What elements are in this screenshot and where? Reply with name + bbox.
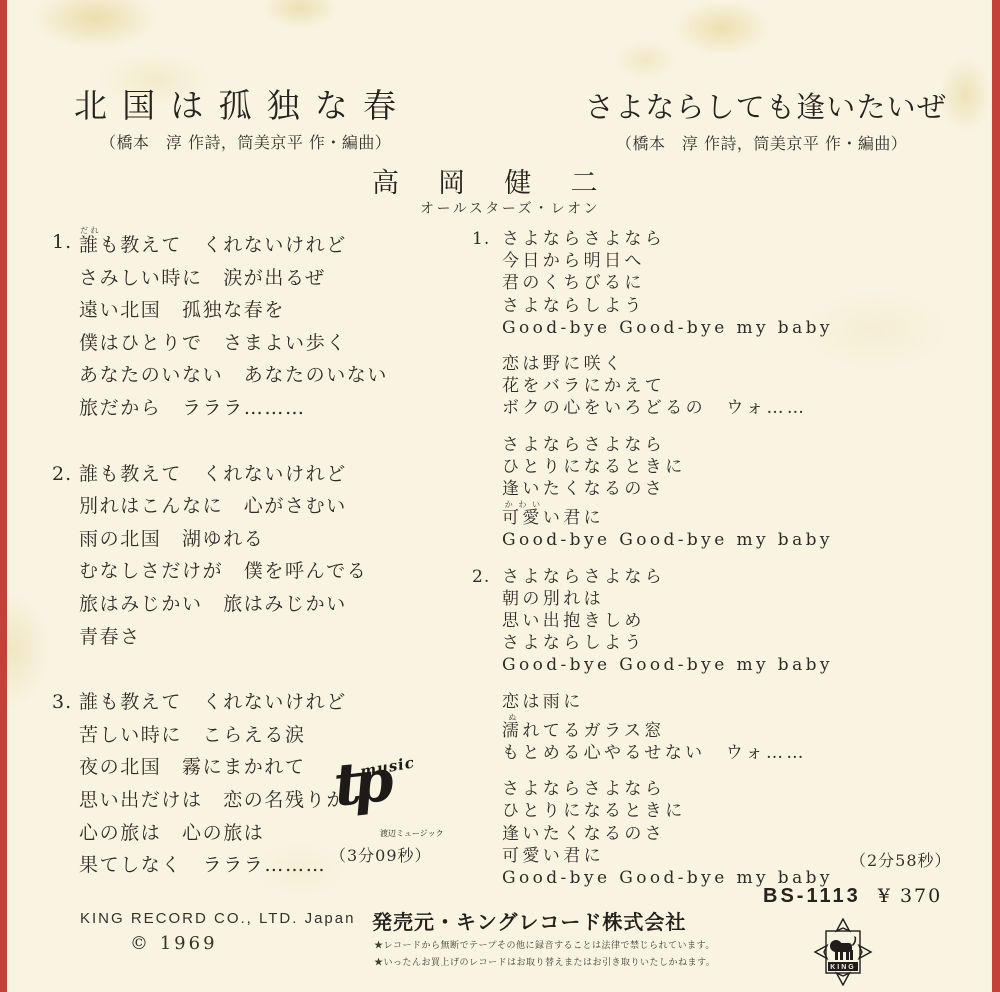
verse-number: 1. [472, 228, 490, 250]
lyrics-line: 3.誰も教えて くれないけれど [79, 686, 432, 719]
lyrics-line: 濡ぬれてるガラス窓 [502, 713, 952, 742]
lyrics-line: 花をバラにかえて [502, 375, 952, 397]
sleeve-right-red-edge [992, 0, 1000, 992]
lyrics-line: もとめる心やるせない ウォ…… [502, 742, 952, 764]
lyrics-line: 雨の北国 湖ゆれる [79, 523, 432, 556]
lyrics-line: 旅だから ラララ……… [79, 392, 432, 425]
legal-notice-1: ★レコードから無断でテープその他に録音することは法律で禁じられています。 [374, 938, 715, 951]
lyrics-line: 僕はひとりで さまよい歩く [79, 327, 432, 360]
lyrics-line: 君のくちびるに [502, 272, 952, 294]
price: ¥ 370 [878, 885, 942, 907]
lyrics-line: ボクの心をいろどるの ウォ…… [502, 397, 952, 419]
record-company-name-en: KING RECORD CO., LTD. Japan [80, 910, 355, 927]
lyrics-line: さよならしよう [502, 632, 952, 654]
lyrics-line: 思い出抱きしめ [502, 610, 952, 632]
song-credit-left: （橋本 淳 作詩，筒美京平 作・編曲） [100, 130, 391, 153]
lyrics-line: 1.さよならさよなら [502, 228, 952, 250]
song-credit-right: （橋本 淳 作詩，筒美京平 作・編曲） [616, 131, 907, 154]
catalog-number-and-price: BS-1113 ¥ 370 [763, 885, 942, 908]
lyrics-line: Good-bye Good-bye my baby [502, 529, 952, 551]
lyrics-line: さよならさよなら [502, 434, 952, 456]
lyrics-verse: さよならさよならひとりになるときに逢いたくなるのさ可愛かわいい君にGood-by… [472, 434, 952, 552]
verse-number: 3. [52, 686, 72, 719]
verse-number: 1. [52, 226, 72, 259]
lyrics-column-right: 1.さよならさよなら今日から明日へ君のくちびるにさよならしようGood-bye … [472, 228, 952, 903]
lyrics-line: 逢いたくなるのさ [502, 823, 952, 845]
catalog-number: BS-1113 [763, 885, 861, 907]
king-logo-graphic: KING [812, 918, 874, 986]
lyrics-line: Good-bye Good-bye my baby [502, 317, 952, 339]
lyrics-line: さみしい時に 涙が出るぜ [79, 262, 432, 295]
lyrics-line: 遠い北国 孤独な春を [79, 294, 432, 327]
lyrics-line: 可愛かわいい君に [502, 500, 952, 529]
backing-band-name: オールスターズ・レオン [420, 198, 600, 218]
copyright-year: © 1969 [130, 933, 218, 954]
lyrics-line: 今日から明日へ [502, 250, 952, 272]
lyrics-line: 逢いたくなるのさ [502, 478, 952, 500]
record-sleeve-back: 北国は孤独な春 （橋本 淳 作詩，筒美京平 作・編曲） さよならしても逢いたいぜ… [0, 0, 1000, 992]
king-logo-text: KING [830, 964, 856, 971]
duration-right-song: （2分58秒） [850, 848, 952, 871]
lyrics-line: 青春さ [79, 621, 432, 654]
sleeve-left-red-edge [0, 0, 7, 992]
lyrics-line: Good-bye Good-bye my baby [502, 654, 952, 676]
lyrics-line: さよならさよなら [502, 778, 952, 800]
legal-notice-2: ★いったんお買上げのレコードはお取り替えまたはお引き取りいたしかねます。 [374, 955, 715, 968]
lyrics-line: 恋は雨に [502, 691, 952, 713]
lyrics-verse: 2.さよならさよなら朝の別れは思い出抱きしめさよならしようGood-bye Go… [472, 566, 952, 677]
king-records-lion-logo: KING [812, 918, 874, 990]
lyrics-line: 朝の別れは [502, 588, 952, 610]
publisher-name-jp: 発売元・キングレコード株式会社 [372, 906, 686, 935]
lyrics-line: 2.誰も教えて くれないけれど [79, 458, 432, 491]
lyrics-line: 1.誰だれも教えて くれないけれど [79, 226, 432, 262]
verse-number: 2. [472, 566, 490, 588]
tp-logo-caption: 渡辺ミュージック [380, 828, 444, 839]
lyrics-verse: 恋は野に咲く花をバラにかえてボクの心をいろどるの ウォ…… [472, 353, 952, 420]
lyrics-verse: 1.誰だれも教えて くれないけれどさみしい時に 涙が出るぜ遠い北国 孤独な春を僕… [52, 226, 432, 425]
lyrics-line: さよならしよう [502, 295, 952, 317]
lyrics-line: 別れはこんなに 心がさむい [79, 490, 432, 523]
lyrics-verse: 恋は雨に濡ぬれてるガラス窓もとめる心やるせない ウォ…… [472, 691, 952, 765]
publisher-tp-music-logo: tp music 渡辺ミュージック [334, 752, 434, 847]
lyrics-line: あなたのいない あなたのいない [79, 359, 432, 392]
lyrics-line: 旅はみじかい 旅はみじかい [79, 588, 432, 621]
lyrics-line: ひとりになるときに [502, 800, 952, 822]
lyrics-line: 2.さよならさよなら [502, 566, 952, 588]
verse-number: 2. [52, 458, 72, 491]
lyrics-line: 恋は野に咲く [502, 353, 952, 375]
lyrics-verse: 1.さよならさよなら今日から明日へ君のくちびるにさよならしようGood-bye … [472, 228, 952, 339]
song-title-left: 北国は孤独な春 [74, 80, 411, 127]
lyrics-line: ひとりになるときに [502, 456, 952, 478]
lyrics-verse: 2.誰も教えて くれないけれど別れはこんなに 心がさむい雨の北国 湖ゆれるむなし… [52, 458, 432, 654]
lyrics-verse: さよならさよならひとりになるときに逢いたくなるのさ可愛い君にGood-bye G… [472, 778, 952, 889]
lyrics-line: むなしさだけが 僕を呼んでる [79, 555, 432, 588]
artist-name: 高岡健二 [372, 161, 637, 200]
song-title-right: さよならしても逢いたいぜ [585, 85, 947, 126]
